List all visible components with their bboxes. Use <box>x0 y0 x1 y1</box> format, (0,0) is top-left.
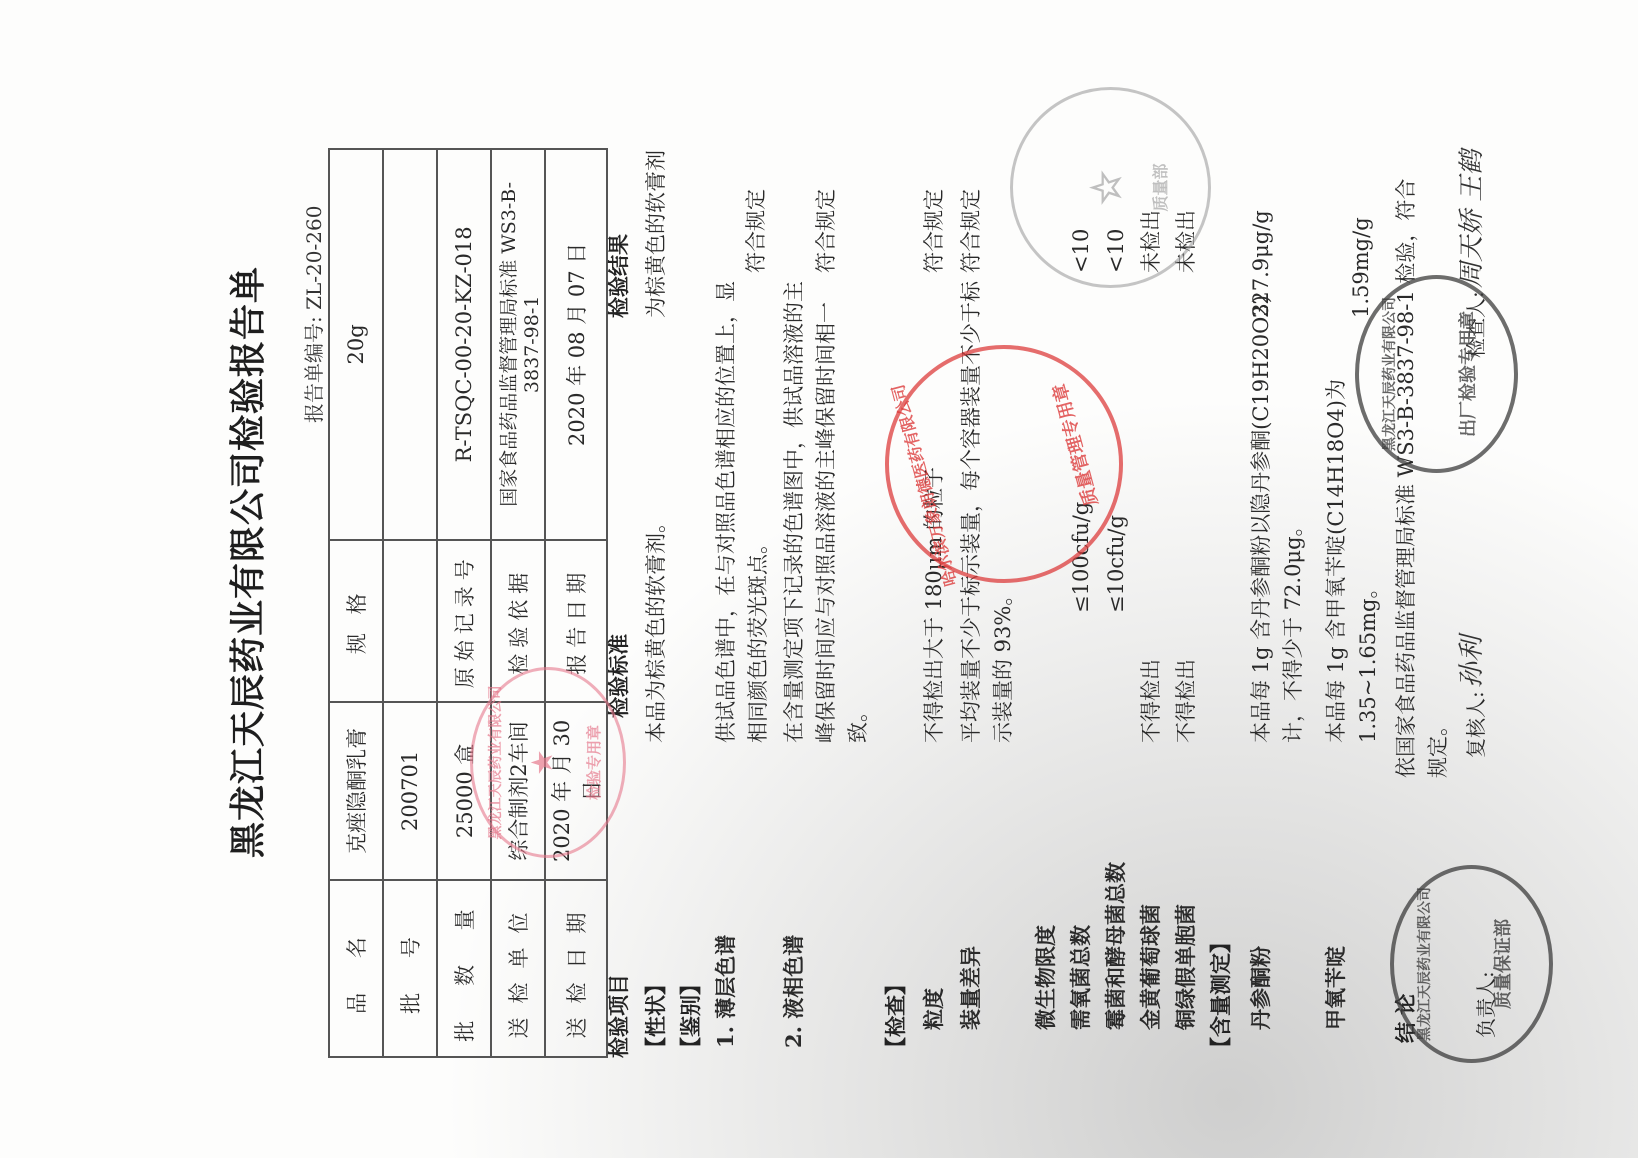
hplc-item: 2. 液相色谱 <box>778 935 810 1048</box>
tanshinone-result: 227.9μg/g <box>1245 210 1277 318</box>
appearance-standard: 本品为棕黄色的软膏剂。 <box>640 273 672 743</box>
inspector-signature: 周天娇 王鹤 <box>1456 150 1488 288</box>
inspector-label: 检查人: <box>1460 291 1492 358</box>
mold-yeast-item: 霉菌和酵母菌总数 <box>1100 862 1132 1030</box>
spec-value: 20g <box>329 149 383 540</box>
record-no-label: 原始记录号 <box>437 540 491 702</box>
pseudomonas-item: 铜绿假单胞菌 <box>1170 904 1202 1030</box>
pseudomonas-standard: 不得检出 <box>1170 273 1202 743</box>
pseudomonas-result: 未检出 <box>1170 210 1202 273</box>
conclusion-text: 依国家食品药品监督管理局标准 WS3-B-3837-98-1 检验，符合规定。 <box>1390 158 1454 778</box>
report-number-label: 报告单编号: <box>302 316 326 423</box>
conclusion-label: 结 论 <box>1390 994 1422 1043</box>
submit-date-value: 2020 年 月 30 日 <box>545 702 607 880</box>
product-name-value: 克痤隐酮乳膏 <box>329 702 383 880</box>
report-title: 黑龙江天辰药业有限公司检验报告单 <box>220 266 271 858</box>
staph-aureus-item: 金黄葡萄球菌 <box>1135 904 1167 1030</box>
submit-date-label: 送检日期 <box>545 880 607 1057</box>
fill-variation-result: 符合规定 <box>955 189 987 273</box>
tlc-standard: 供试品色谱中，在与对照品色谱相应的位置上，显相同颜色的荧光斑点。 <box>710 273 774 743</box>
col-standard-header: 检验标准 <box>603 634 635 718</box>
hplc-standard: 在含量测定项下记录的色谱图中，供试品溶液的主峰保留时间应与对照品溶液的主峰保留时… <box>778 273 874 743</box>
trimethoprim-result: 1.59mg/g <box>1345 217 1377 318</box>
batch-qty-value: 25000 盒 <box>437 702 491 880</box>
aerobic-count-result: <10 <box>1065 229 1097 273</box>
section-inspection: 【检查】 <box>880 974 912 1058</box>
trimethoprim-item: 甲氧苄啶 <box>1320 946 1352 1030</box>
microbial-limit-item: 微生物限度 <box>1030 925 1062 1030</box>
fill-variation-item: 装量差异 <box>955 946 987 1030</box>
sender-label: 送检单位 <box>491 880 545 1057</box>
table-row: 批 数 量 25000 盒 原始记录号 R-TSQC-00-20-KZ-018 <box>437 149 491 1057</box>
report-number-value: ZL-20-260 <box>302 206 326 310</box>
staph-aureus-result: 未检出 <box>1135 210 1167 273</box>
tlc-result: 符合规定 <box>740 189 772 273</box>
inspection-report-page: 黑龙江天辰药业有限公司检验报告单 报告单编号: ZL-20-260 品 名 克痤… <box>0 0 1638 1158</box>
mold-yeast-standard: ≤10cfu/g <box>1100 143 1132 613</box>
particle-size-standard: 不得检出大于 180μm 的粒子 <box>918 273 950 743</box>
col-item-header: 检验项目 <box>603 974 635 1058</box>
product-info-table: 品 名 克痤隐酮乳膏 规 格 20g 批 号 200701 批 数 量 2500… <box>328 148 608 1058</box>
batch-no-label: 批 号 <box>383 880 437 1057</box>
report-number: 报告单编号: ZL-20-260 <box>298 206 327 423</box>
appearance-result: 为棕黄色的软膏剂 <box>640 150 672 318</box>
sender-value: 综合制剂2车间 <box>491 702 545 880</box>
aerobic-count-item: 需氧菌总数 <box>1065 925 1097 1030</box>
col-result-header: 检验结果 <box>603 234 635 318</box>
tanshinone-standard: 本品每 1g 含丹参酮粉以隐丹参酮(C19H20O3)计，不得少于 72.0μg… <box>1245 273 1309 743</box>
particle-size-result: 符合规定 <box>918 189 950 273</box>
table-row: 送检单位 综合制剂2车间 检验依据 国家食品药品监督管理局标准 WS3-B-38… <box>491 149 545 1057</box>
tanshinone-item: 丹参酮粉 <box>1245 946 1277 1030</box>
particle-size-item: 粒度 <box>918 988 950 1030</box>
staph-aureus-standard: 不得检出 <box>1135 273 1167 743</box>
responsible-person-label: 负责人: <box>1470 971 1502 1038</box>
basis-label: 检验依据 <box>491 540 545 702</box>
tlc-item: 1. 薄层色谱 <box>710 935 742 1048</box>
table-row: 品 名 克痤隐酮乳膏 规 格 20g <box>329 149 383 1057</box>
batch-qty-label: 批 数 量 <box>437 880 491 1057</box>
trimethoprim-standard: 本品每 1g 含甲氧苄啶(C14H18O4)为 1.35~1.65mg。 <box>1320 273 1384 743</box>
aerobic-count-standard: ≤100cfu/g <box>1065 143 1097 613</box>
section-identification: 【鉴别】 <box>675 974 707 1058</box>
mold-yeast-result: <10 <box>1100 229 1132 273</box>
section-assay: 【含量测定】 <box>1205 932 1237 1058</box>
table-row: 批 号 200701 <box>383 149 437 1057</box>
batch-no-value: 200701 <box>383 702 437 880</box>
section-appearance: 【性状】 <box>640 974 672 1058</box>
report-date-value: 2020 年 08 月 07 日 <box>545 149 607 540</box>
spec-label: 规 格 <box>329 540 383 702</box>
product-name-label: 品 名 <box>329 880 383 1057</box>
record-no-value: R-TSQC-00-20-KZ-018 <box>437 149 491 540</box>
empty-cell <box>383 540 437 702</box>
basis-value: 国家食品药品监督管理局标准 WS3-B-3837-98-1 <box>491 149 545 540</box>
report-date-label: 报告日期 <box>545 540 607 702</box>
hplc-result: 符合规定 <box>810 189 842 273</box>
empty-cell <box>383 149 437 540</box>
fill-variation-standard: 平均装量不少于标示装量，每个容器装量不少于标示装量的 93%。 <box>955 273 1019 743</box>
reviewer-signature: 孙利 <box>1456 636 1488 688</box>
table-row: 送检日期 2020 年 月 30 日 报告日期 2020 年 08 月 07 日 <box>545 149 607 1057</box>
reviewer-label: 复核人: <box>1460 691 1492 758</box>
